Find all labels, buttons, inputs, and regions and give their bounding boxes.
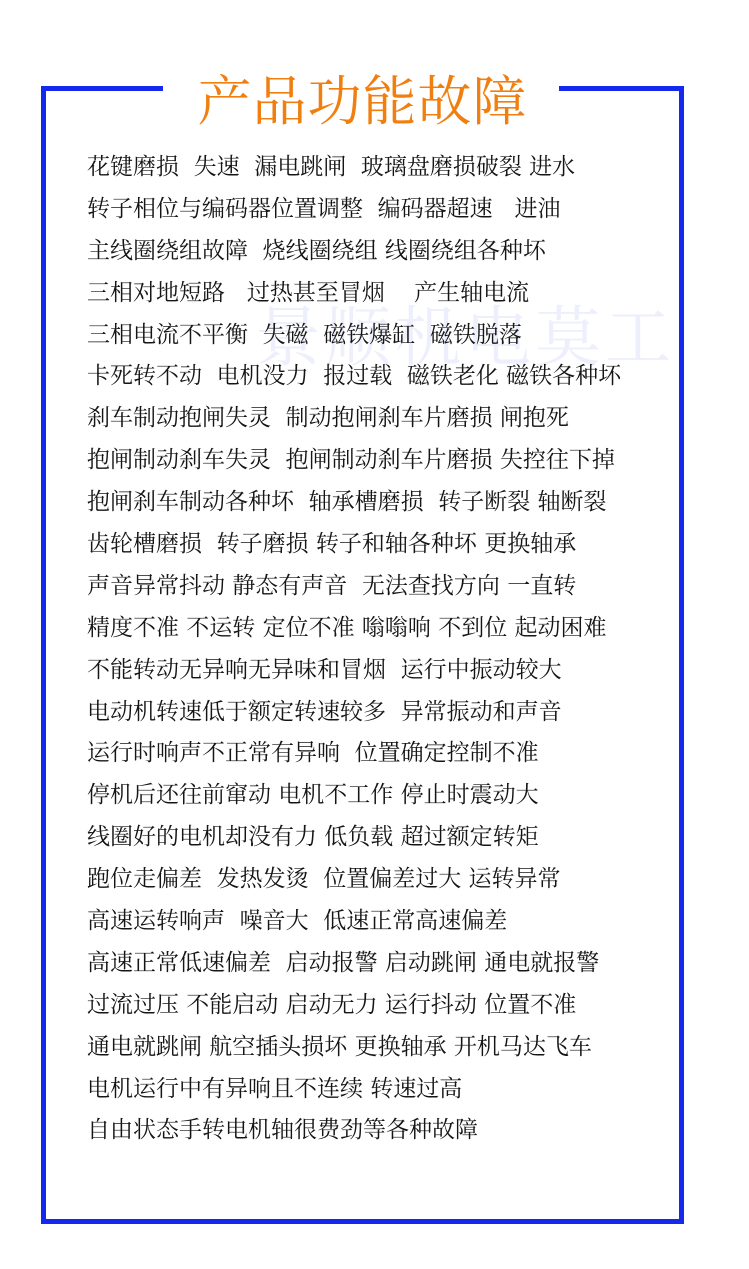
fault-line: 自由状态手转电机轴很费劲等各种故障 <box>87 1110 621 1152</box>
page-title: 产品功能故障 <box>170 66 555 138</box>
fault-line: 停机后还往前窜动 电机不工作 停止时震动大 <box>87 775 621 817</box>
fault-line: 通电就跳闸 航空插头损坏 更换轴承 开机马达飞车 <box>87 1027 621 1069</box>
frame-top-left-segment <box>41 86 163 91</box>
fault-line: 声音异常抖动 静态有声音 无法查找方向 一直转 <box>87 566 621 608</box>
fault-line: 电机运行中有异响且不连续 转速过高 <box>87 1069 621 1111</box>
fault-line: 线圈好的电机却没有力 低负载 超过额定转矩 <box>87 817 621 859</box>
fault-line: 抱闸制动刹车失灵 抱闸制动刹车片磨损 失控往下掉 <box>87 440 621 482</box>
fault-line: 过流过压 不能启动 启动无力 运行抖动 位置不准 <box>87 985 621 1027</box>
fault-list: 花键磨损 失速 漏电跳闸 玻璃盘磨损破裂 进水 转子相位与编码器位置调整 编码器… <box>87 147 621 1152</box>
fault-line: 花键磨损 失速 漏电跳闸 玻璃盘磨损破裂 进水 <box>87 147 621 189</box>
fault-line: 转子相位与编码器位置调整 编码器超速 进油 <box>87 189 621 231</box>
fault-line: 电动机转速低于额定转速较多 异常振动和声音 <box>87 692 621 734</box>
fault-line: 刹车制动抱闸失灵 制动抱闸刹车片磨损 闸抱死 <box>87 398 621 440</box>
fault-line: 跑位走偏差 发热发烫 位置偏差过大 运转异常 <box>87 859 621 901</box>
fault-line: 高速正常低速偏差 启动报警 启动跳闸 通电就报警 <box>87 943 621 985</box>
fault-line: 抱闸刹车制动各种坏 轴承槽磨损 转子断裂 轴断裂 <box>87 482 621 524</box>
fault-line: 不能转动无异响无异味和冒烟 运行中振动较大 <box>87 650 621 692</box>
fault-line: 卡死转不动 电机没力 报过载 磁铁老化 磁铁各种坏 <box>87 356 621 398</box>
frame-top-right-segment <box>559 86 684 91</box>
fault-line: 高速运转响声 噪音大 低速正常高速偏差 <box>87 901 621 943</box>
fault-line: 三相对地短路 过热甚至冒烟 产生轴电流 <box>87 273 621 315</box>
fault-line: 三相电流不平衡 失磁 磁铁爆缸 磁铁脱落 <box>87 315 621 357</box>
fault-line: 精度不准 不运转 定位不准 嗡嗡响 不到位 起动困难 <box>87 608 621 650</box>
fault-line: 运行时响声不正常有异响 位置确定控制不准 <box>87 733 621 775</box>
fault-line: 齿轮槽磨损 转子磨损 转子和轴各种坏 更换轴承 <box>87 524 621 566</box>
fault-line: 主线圈绕组故障 烧线圈绕组 线圈绕组各种坏 <box>87 231 621 273</box>
